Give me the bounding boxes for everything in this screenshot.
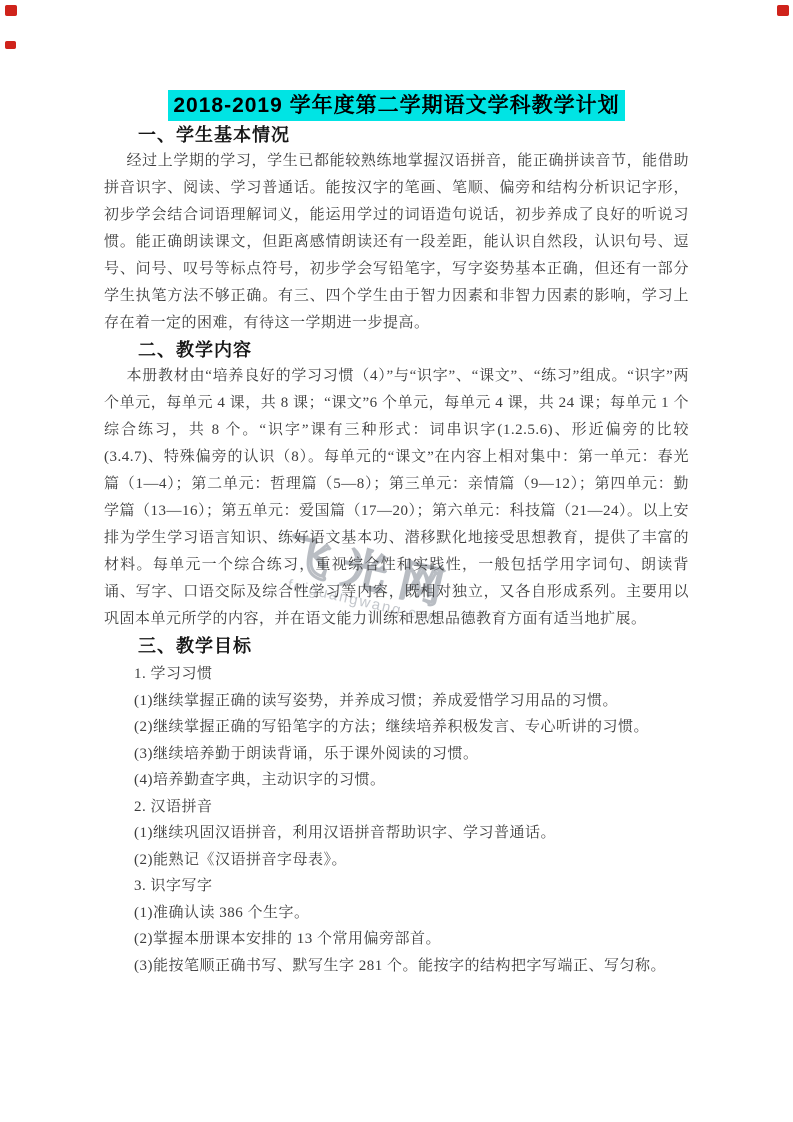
goal-item: (2)掌握本册课本安排的 13 个常用偏旁部首。 bbox=[104, 926, 689, 953]
section-heading-student-situation: 一、学生基本情况 bbox=[104, 122, 689, 148]
goal-item: 1. 学习习惯 bbox=[104, 661, 689, 688]
title-row: 2018-2019 学年度第二学期语文学科教学计划 bbox=[104, 90, 689, 122]
section-heading-teaching-goals: 三、教学目标 bbox=[104, 633, 689, 659]
teaching-goals-list: 1. 学习习惯 (1)继续掌握正确的读写姿势，并养成习惯；养成爱惜学习用品的习惯… bbox=[104, 661, 689, 979]
document-content: 2018-2019 学年度第二学期语文学科教学计划 一、学生基本情况 经过上学期… bbox=[104, 0, 689, 979]
goal-item: (2)继续掌握正确的写铅笔字的方法；继续培养积极发言、专心听讲的习惯。 bbox=[104, 714, 689, 741]
paragraph-teaching-content: 本册教材由“培养良好的学习习惯（4）”与“识字”、“课文”、“练习”组成。“识字… bbox=[104, 363, 689, 633]
goal-item: (1)准确认读 386 个生字。 bbox=[104, 900, 689, 927]
goal-item: (1)继续掌握正确的读写姿势，并养成习惯；养成爱惜学习用品的习惯。 bbox=[104, 688, 689, 715]
goal-item: 3. 识字写字 bbox=[104, 873, 689, 900]
paragraph-student-situation: 经过上学期的学习，学生已都能较熟练地掌握汉语拼音，能正确拼读音节，能借助拼音识字… bbox=[104, 148, 689, 337]
goal-item: 2. 汉语拼音 bbox=[104, 794, 689, 821]
section-heading-teaching-content: 二、教学内容 bbox=[104, 337, 689, 363]
document-page: 飞光网 feiguangwang.com 2018-2019 学年度第二学期语文… bbox=[0, 0, 793, 1122]
document-title: 2018-2019 学年度第二学期语文学科教学计划 bbox=[168, 90, 624, 121]
goal-item: (4)培养勤查字典，主动识字的习惯。 bbox=[104, 767, 689, 794]
goal-item: (3)继续培养勤于朗读背诵，乐于课外阅读的习惯。 bbox=[104, 741, 689, 768]
red-corner-mark-top-left bbox=[5, 5, 17, 16]
red-edge-mark-left bbox=[5, 41, 16, 49]
goal-item: (3)能按笔顺正确书写、默写生字 281 个。能按字的结构把字写端正、写匀称。 bbox=[104, 953, 689, 980]
goal-item: (1)继续巩固汉语拼音，利用汉语拼音帮助识字、学习普通话。 bbox=[104, 820, 689, 847]
red-corner-mark-top-right bbox=[777, 5, 789, 16]
goal-item: (2)能熟记《汉语拼音字母表》。 bbox=[104, 847, 689, 874]
